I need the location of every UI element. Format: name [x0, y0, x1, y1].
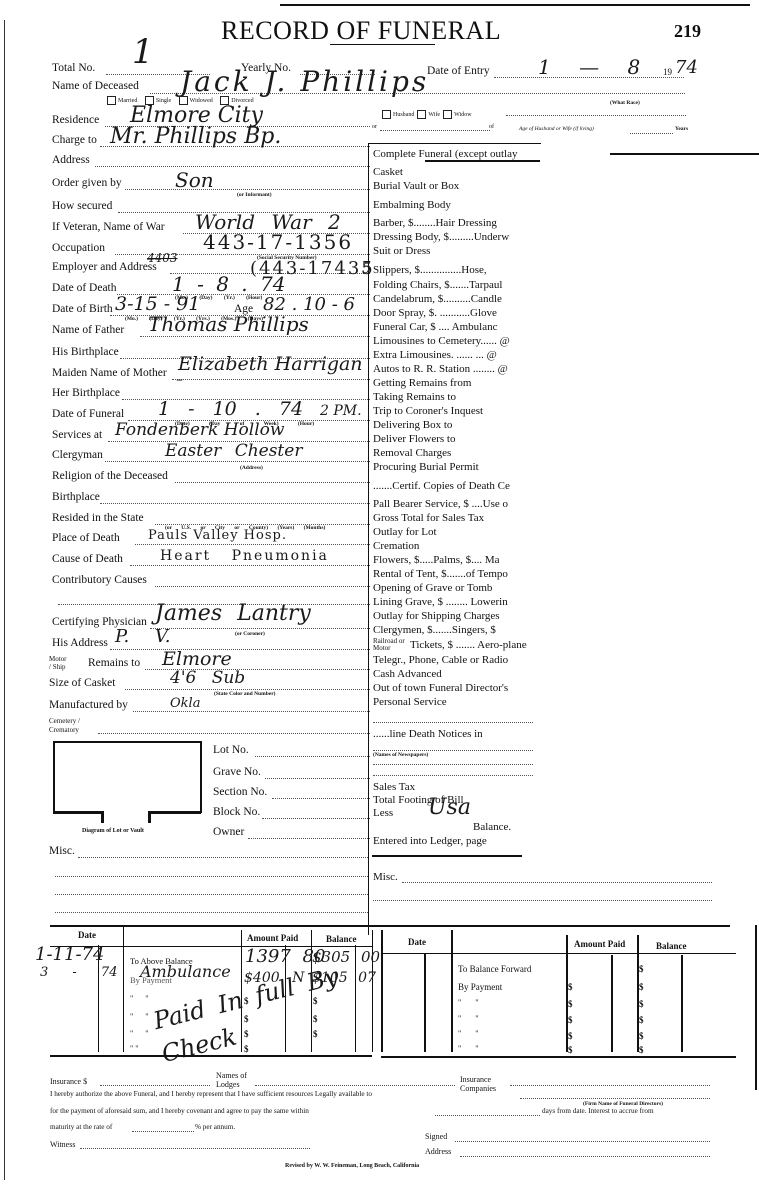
- ledger-right-balance-header: Balance: [656, 942, 687, 951]
- clergyman-field[interactable]: [105, 461, 370, 462]
- ledger-right-desc: To Balance Forward: [458, 965, 531, 974]
- covenant-text: for the payment of aforesaid sum, and I …: [50, 1108, 309, 1115]
- lodges-label: Names of Lodges: [216, 1071, 261, 1089]
- ledger-left-bottom-rule: [50, 1055, 372, 1057]
- date-of-funeral-label: Date of Funeral: [52, 409, 124, 421]
- checkbox-widow[interactable]: [443, 110, 452, 119]
- section-no-label: Section No.: [213, 787, 267, 799]
- ledger-right-date-sep: [424, 953, 426, 1052]
- cause-of-death-value: Heart Pneumonia: [160, 549, 329, 563]
- lot-diagram-box: [53, 741, 202, 813]
- order-given-by-label: Order given by: [52, 178, 122, 190]
- charge-item: Suit or Dress: [373, 246, 430, 257]
- death-notices-label: ......line Death Notices in: [373, 729, 483, 740]
- ledger-right-date-header: Date: [408, 938, 426, 947]
- ledger-right-desc: By Payment: [458, 983, 502, 992]
- occupation-label: Occupation: [52, 243, 105, 255]
- ledger-row-desc: " ": [130, 1013, 149, 1021]
- charge-to-label: Charge to: [52, 135, 97, 147]
- balance-label: Balance.: [473, 822, 511, 833]
- date-of-death-label: Date of Death: [52, 283, 117, 295]
- misc-right-field-2[interactable]: [373, 900, 712, 901]
- charge-item: Autos to R. R. Station ........ @: [373, 364, 508, 375]
- contributory-causes-label: Contributory Causes: [52, 575, 147, 587]
- ledger-right-balance: $: [639, 1000, 644, 1009]
- charge-item: Extra Limousines. ...... ... @: [373, 350, 497, 361]
- address-field[interactable]: [95, 166, 370, 167]
- misc-left-field-2[interactable]: [55, 876, 368, 877]
- occupation-value: 443-17-1356: [203, 232, 353, 252]
- year-prefix: 19: [663, 68, 672, 77]
- ledger-right-paid: $: [568, 1046, 573, 1055]
- ledger-right-bal-cents: [681, 955, 683, 1052]
- what-race-note: (What Race): [610, 101, 640, 107]
- resided-state-label: Resided in the State: [52, 513, 144, 525]
- charge-item: Door Spray, $. ...........Glove: [373, 308, 497, 319]
- charge-item: Out of town Funeral Director's: [373, 683, 508, 694]
- charge-item: Embalming Body: [373, 200, 451, 211]
- page-title: RECORD OF FUNERAL: [221, 16, 501, 46]
- block-no-label: Block No.: [213, 807, 260, 819]
- maiden-name-mother-value: Elizabeth Harrigan: [178, 355, 363, 374]
- maiden-name-mother-label: Maiden Name of Mother: [52, 368, 167, 380]
- header-rule-top: [280, 4, 750, 6]
- lot-diagram-post-right: [148, 811, 151, 823]
- ledger-right-paid-cents: [611, 955, 613, 1052]
- spouse-status-row: Husband Wife Widow: [382, 110, 472, 119]
- ledger-right-bottom-rule: [381, 1056, 736, 1058]
- charge-item: Folding Chairs, $.......Tarpaul: [373, 280, 502, 291]
- charge-item: Gross Total for Sales Tax: [373, 513, 484, 524]
- name-of-father-value: Thomas Phillips: [148, 314, 309, 334]
- ledger-row-desc: " ": [130, 1030, 149, 1038]
- date-of-birth-label: Date of Birth: [52, 304, 113, 316]
- witness-label: Witness: [50, 1141, 75, 1149]
- signed-label: Signed: [425, 1133, 447, 1141]
- insurance-field[interactable]: [100, 1085, 210, 1086]
- ledger-right-desc: " ": [458, 1015, 479, 1023]
- order-given-by-value: Son: [175, 170, 214, 190]
- ledger-left-col-sep: [123, 925, 124, 1052]
- section-no-field[interactable]: [272, 798, 370, 799]
- contributory-causes-field[interactable]: [155, 586, 370, 587]
- of-label: of: [489, 124, 494, 130]
- sales-tax-label: Sales Tax: [373, 782, 415, 793]
- place-of-death-value: Pauls Valley Hosp.: [148, 529, 287, 542]
- rate-field[interactable]: [132, 1131, 194, 1132]
- address-footer-field[interactable]: [460, 1156, 710, 1157]
- ledger-row-desc: " ": [130, 995, 149, 1003]
- casket-color-note: (State Color and Number): [214, 692, 275, 698]
- date-of-funeral-value: 1 - 10 . 74: [158, 400, 303, 419]
- page-number: 219: [674, 21, 701, 42]
- ledger-right-paid: $: [568, 1016, 573, 1025]
- charge-item: Taking Remains to: [373, 392, 456, 403]
- ledger-right-header-rule: [381, 953, 736, 954]
- charge-item: Slippers, $...............Hose,: [373, 265, 487, 276]
- lodges-field[interactable]: [255, 1085, 455, 1086]
- newspaper-line-2[interactable]: [373, 764, 533, 765]
- place-of-death-label: Place of Death: [52, 533, 120, 545]
- grave-no-field[interactable]: [265, 778, 370, 779]
- insurance-companies-field[interactable]: [510, 1085, 710, 1086]
- lot-diagram-caption: Diagram of Lot or Vault: [82, 828, 144, 834]
- charge-item: Telegr., Phone, Cable or Radio: [373, 655, 508, 666]
- ledger-right-desc-sep: [451, 930, 453, 1052]
- remains-to-label: Remains to: [88, 658, 140, 670]
- newspaper-line-1[interactable]: [373, 750, 533, 751]
- employer-address-label: Employer and Address: [52, 262, 157, 274]
- name-of-deceased-label: Name of Deceased: [52, 81, 139, 93]
- owner-label: Owner: [213, 827, 244, 839]
- charge-item: .......Certif. Copies of Death Ce: [373, 481, 510, 492]
- lot-diagram-post-left: [101, 811, 104, 823]
- order-given-by-note: (or Informant): [237, 193, 272, 199]
- years-label: Years: [675, 127, 688, 133]
- his-address-field[interactable]: [110, 649, 370, 650]
- his-birthplace-label: His Birthplace: [52, 347, 119, 359]
- maiden-name-mother-field[interactable]: [172, 379, 370, 380]
- misc-right-label: Misc.: [373, 872, 398, 883]
- services-at-value: Fondenberk Hollow: [115, 422, 284, 439]
- charge-item: Lining Grave, $ ........ Lowerin: [373, 597, 508, 608]
- coroner-note: (or Coroner): [235, 632, 265, 638]
- ledger-right-paid: $: [568, 983, 573, 992]
- charge-item: Personal Service: [373, 697, 447, 708]
- residence-label: Residence: [52, 115, 99, 127]
- authorize-firm-field[interactable]: [520, 1098, 710, 1099]
- ledger-row-date: 1-11-74: [35, 946, 104, 964]
- charge-item: Pall Bearer Service, $ ....Use o: [373, 499, 508, 510]
- husband-label: Husband: [393, 112, 414, 118]
- age-spouse-label: Age of Husband or Wife (if living): [519, 127, 594, 133]
- name-of-father-field[interactable]: [140, 336, 370, 337]
- authorize-text: I hereby authorize the above Funeral, an…: [50, 1091, 372, 1098]
- address-label: Address: [425, 1148, 451, 1156]
- maturity-text: maturity at the rate of: [50, 1124, 112, 1131]
- insurance-label: Insurance $: [50, 1078, 87, 1086]
- year-value: 74: [675, 59, 698, 77]
- misc-left-label: Misc.: [49, 846, 75, 858]
- certifying-physician-field[interactable]: [150, 628, 370, 629]
- or-label: or: [372, 124, 377, 130]
- veteran-war-value: World War 2: [195, 212, 341, 232]
- birthplace-label: Birthplace: [52, 492, 100, 504]
- ledger-right-desc: " ": [458, 1030, 479, 1038]
- his-address-value: P. V.: [115, 628, 170, 646]
- charge-item: Clergymen, $.......Singers, $: [373, 625, 496, 636]
- charge-item: Procuring Burial Permit: [373, 462, 479, 473]
- ledger-right-desc: " ": [458, 999, 479, 1007]
- charge-item: Complete Funeral (except outlay: [373, 149, 517, 160]
- charge-item: Rental of Tent, $.......of Tempo: [373, 569, 508, 580]
- ledger-right-paid-header: Amount Paid: [574, 940, 625, 949]
- cemetery-crematory-label: Cemetery / Crematory: [49, 717, 93, 735]
- less-label: Less: [373, 808, 393, 819]
- charge-item: Dressing Body, $.........Underw: [373, 232, 509, 243]
- order-given-by-field[interactable]: [125, 189, 370, 190]
- newspaper-line-3[interactable]: [373, 775, 533, 776]
- ledger-right-paid: $: [568, 1032, 573, 1041]
- misc-left-field-1[interactable]: [78, 857, 368, 858]
- ledger-right-balance: $: [639, 965, 644, 974]
- ledger-page-label: Entered into Ledger, page: [373, 836, 487, 847]
- checkbox-wife[interactable]: [417, 110, 426, 119]
- ledger-right-balance: $: [639, 1046, 644, 1055]
- ledger-row-date: 3 - 74: [40, 966, 117, 979]
- top-right-rule: [610, 153, 759, 155]
- manufactured-by-field[interactable]: [133, 711, 370, 712]
- motor-ship-label: Motor / Ship: [49, 655, 69, 671]
- days-field[interactable]: [435, 1115, 540, 1116]
- newspapers-note: (Names of Newspapers): [373, 753, 428, 759]
- charge-item: Cash Advanced: [373, 669, 442, 680]
- charge-item: Trip to Coroner's Inquest: [373, 406, 483, 417]
- widow-label: Widow: [454, 112, 471, 118]
- size-of-casket-field[interactable]: [125, 689, 370, 690]
- charge-item: Flowers, $.....Palms, $.... Ma: [373, 555, 500, 566]
- manufactured-by-label: Manufactured by: [49, 700, 128, 712]
- funeral-hour-value: 2 PM.: [320, 404, 362, 418]
- cemetery-crematory-field[interactable]: [98, 733, 370, 734]
- how-secured-label: How secured: [52, 201, 112, 213]
- wife-label: Wife: [428, 112, 440, 118]
- charge-item: Limousines to Cemetery...... @: [373, 336, 510, 347]
- veteran-war-label: If Veteran, Name of War: [52, 222, 165, 234]
- left-margin-line: [4, 20, 5, 1180]
- checkbox-married[interactable]: [107, 96, 116, 105]
- charge-item: Tickets, $ ....... Aero-plane: [410, 640, 527, 651]
- religion-label: Religion of the Deceased: [52, 471, 168, 483]
- address-label: Address: [52, 155, 90, 167]
- revised-by-credit: Revised by W. W. Feineman, Long Beach, C…: [285, 1163, 419, 1169]
- days-text: days from date. Interest to accrue from: [542, 1108, 654, 1115]
- clergyman-label: Clergyman: [52, 450, 103, 462]
- witness-field[interactable]: [80, 1148, 310, 1149]
- religion-field[interactable]: [175, 482, 370, 483]
- charge-item: Casket: [373, 167, 403, 178]
- services-at-label: Services at: [52, 430, 102, 442]
- charge-item: Delivering Box to: [373, 420, 452, 431]
- remains-to-value: Elmore: [162, 650, 232, 669]
- date-of-entry-value: 1 — 8: [538, 57, 640, 77]
- ledger-row-desc-value: Ambulance: [140, 964, 231, 980]
- grave-no-label: Grave No.: [213, 767, 261, 779]
- misc-left-field-3[interactable]: [55, 894, 368, 895]
- ledger-right-balance: $: [639, 983, 644, 992]
- title-underline: [330, 44, 435, 45]
- ledger-right-balance: $: [639, 1032, 644, 1041]
- clergyman-value: Easter Chester: [165, 443, 302, 460]
- charges-bottom-rule: [372, 855, 522, 857]
- ledger-right-end: [755, 925, 757, 1090]
- charge-item: Outlay for Shipping Charges: [373, 611, 500, 622]
- charge-to-value: Mr. Phillips Bp.: [110, 126, 281, 148]
- charge-item: Getting Remains from: [373, 378, 471, 389]
- slippers-mark: 5: [362, 262, 371, 276]
- his-address-label: His Address: [52, 638, 108, 650]
- charge-item: Deliver Flowers to: [373, 434, 455, 445]
- employer-struck-value: 4403: [147, 252, 178, 264]
- blank-charge-line[interactable]: [373, 722, 533, 723]
- misc-left-field-4[interactable]: [55, 912, 368, 913]
- place-of-death-field[interactable]: [135, 544, 370, 545]
- lot-diagram-bottom-right: [148, 811, 201, 814]
- lot-no-label: Lot No.: [213, 745, 249, 757]
- ledger-left-balance-header: Balance: [326, 935, 357, 944]
- birthplace-field[interactable]: [100, 503, 370, 504]
- cause-of-death-label: Cause of Death: [52, 554, 123, 566]
- ledger-top-rule: [50, 925, 730, 927]
- ledger-right-balance: $: [639, 1016, 644, 1025]
- ledger-right-start: [381, 930, 383, 1052]
- date-of-entry-label: Date of Entry: [427, 66, 490, 78]
- total-no-value: 1: [132, 35, 154, 69]
- misc-right-field-1[interactable]: [402, 882, 712, 883]
- ledger-right-desc: " ": [458, 1045, 479, 1053]
- ledger-left-paid-header: Amount Paid: [247, 934, 298, 943]
- less-value: Usa: [428, 797, 471, 819]
- charge-item: Burial Vault or Box: [373, 181, 459, 192]
- race-field[interactable]: [506, 115, 686, 116]
- checkbox-husband[interactable]: [382, 110, 391, 119]
- charge-item: Opening of Grave or Tomb: [373, 583, 492, 594]
- manufactured-by-value: Okla: [170, 697, 200, 710]
- owner-field[interactable]: [248, 838, 370, 839]
- charge-item: Removal Charges: [373, 448, 451, 459]
- total-no-label: Total No.: [52, 63, 95, 75]
- lot-no-field[interactable]: [255, 756, 370, 757]
- name-of-deceased-value: Jack J. Phillips: [180, 68, 429, 96]
- lot-diagram-bottom-left: [53, 811, 103, 814]
- charge-item: Outlay for Lot: [373, 527, 437, 538]
- age-spouse-field[interactable]: [630, 133, 673, 134]
- or-field[interactable]: [380, 130, 490, 131]
- complete-funeral-underline: [425, 160, 540, 162]
- charge-item: Barber, $........Hair Dressing: [373, 218, 497, 229]
- her-birthplace-label: Her Birthplace: [52, 388, 120, 400]
- ledger-row-desc: " ": [130, 1045, 139, 1053]
- ledger-right-paid: $: [568, 1000, 573, 1009]
- her-birthplace-value: –: [176, 373, 183, 387]
- cause-of-death-field[interactable]: [130, 565, 370, 566]
- size-of-casket-value: 4'6 Sub: [170, 670, 245, 687]
- per-annum-text: % per annum.: [195, 1124, 235, 1131]
- insurance-companies-label: Insurance Companies: [460, 1075, 520, 1093]
- certifying-physician-value: James Lantry: [155, 603, 311, 625]
- charge-item: Cremation: [373, 541, 419, 552]
- size-of-casket-label: Size of Casket: [49, 678, 115, 690]
- clergyman-address-note: (Address): [240, 466, 263, 472]
- railroad-motor-label: Railroad or Motor: [373, 638, 407, 652]
- charge-item: Funeral Car, $ .... Ambulanc: [373, 322, 498, 333]
- signed-field[interactable]: [455, 1141, 710, 1142]
- ledger-left-date-header: Date: [78, 931, 96, 940]
- block-no-field[interactable]: [262, 818, 370, 819]
- date-of-death-value: 1 - 8 . 74: [172, 274, 285, 294]
- name-of-father-label: Name of Father: [52, 325, 124, 337]
- charge-item: Candelabrum, $..........Candle: [373, 294, 502, 305]
